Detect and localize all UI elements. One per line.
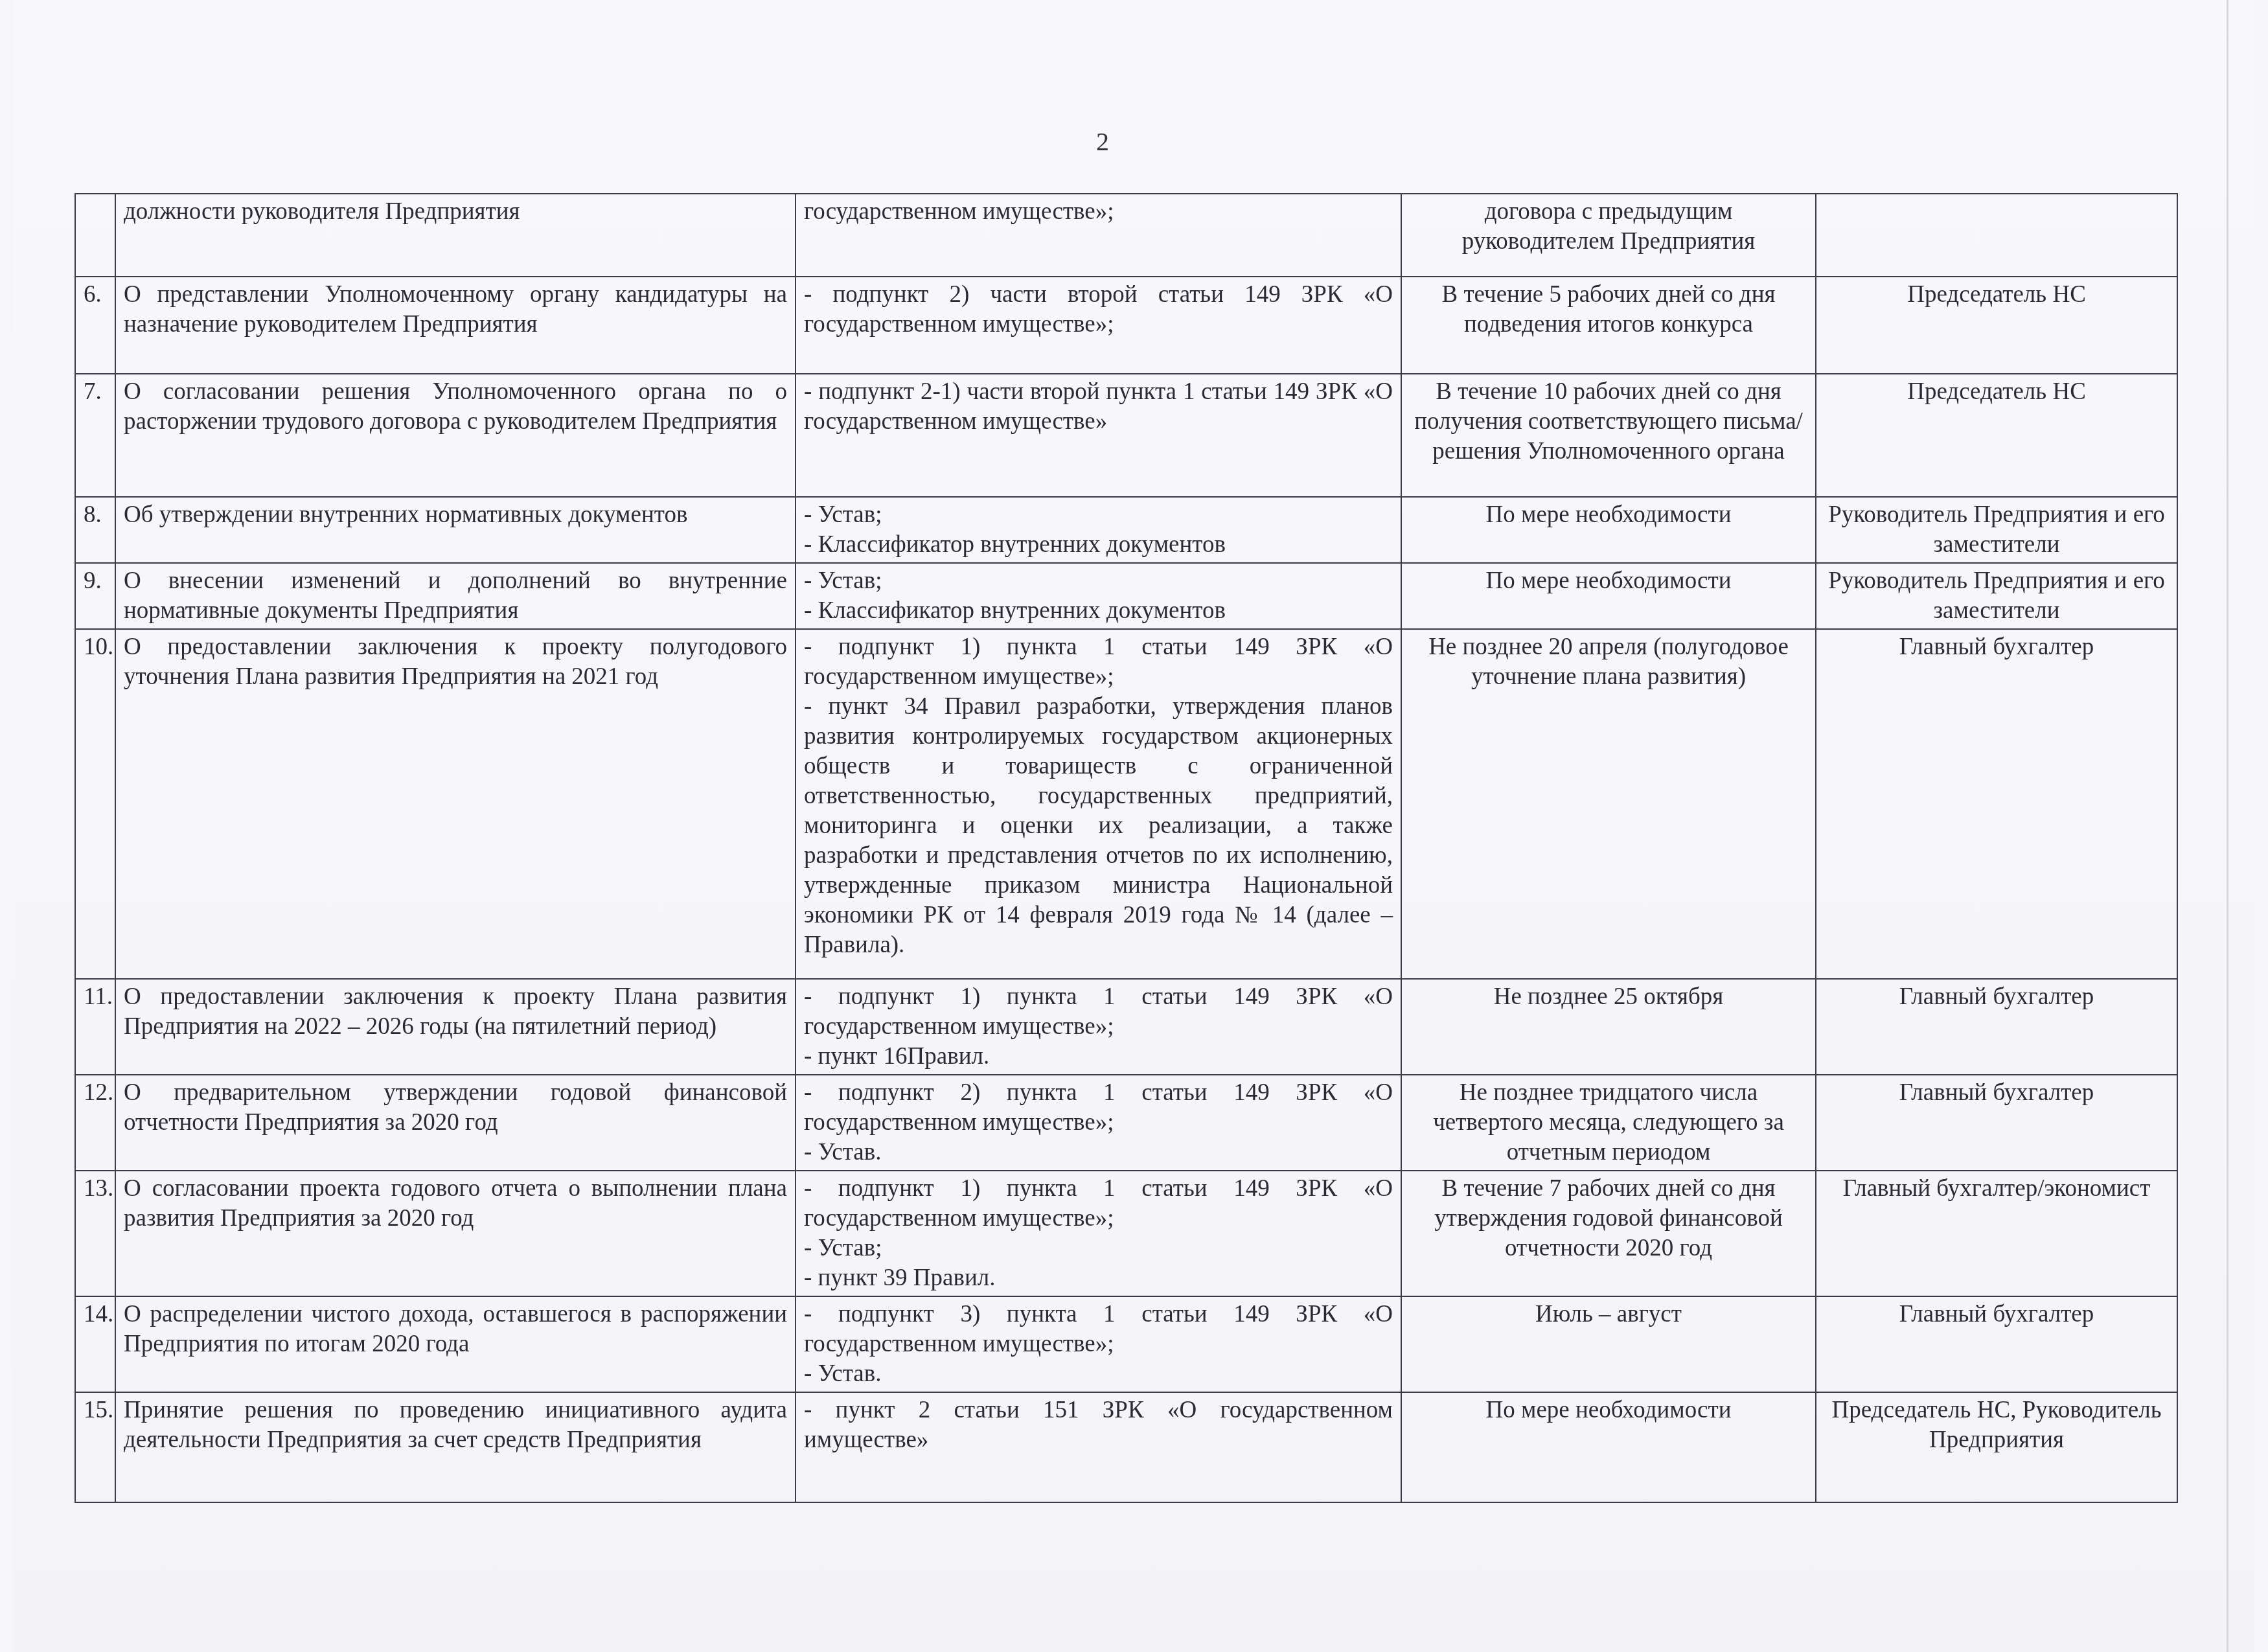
table-row: 12. О предварительном утверждении годово… [75,1075,2177,1171]
legal-basis-item: государственном имуществе»; [804,197,1393,227]
legal-basis-item: - подпункт 1) пункта 1 статьи 149 ЗРК «О… [804,982,1393,1042]
deadline-cell: В течение 7 рабочих дней со дня утвержде… [1401,1171,1816,1296]
row-number: 13. [75,1171,115,1296]
row-number: 8. [75,497,115,563]
legal-basis-item: - Классификатор внутренних документов [804,596,1393,626]
legal-basis-cell: - подпункт 1) пункта 1 статьи 149 ЗРК «О… [796,1171,1401,1296]
row-number: 14. [75,1296,115,1392]
question-cell: О согласовании решения Уполномоченного о… [115,374,796,497]
deadline-cell: По мере необходимости [1401,1392,1816,1502]
legal-basis-item: - Устав; [804,1233,1393,1263]
deadline-cell: договора с предыдущим руководителем Пред… [1401,194,1816,277]
question-cell: О согласовании проекта годового отчета о… [115,1171,796,1296]
question-cell: Об утверждении внутренних нормативных до… [115,497,796,563]
deadline-cell: Не позднее 25 октября [1401,979,1816,1075]
deadline-cell: В течение 5 рабочих дней со дня подведен… [1401,277,1816,374]
legal-basis-item: - Устав. [804,1359,1393,1389]
question-cell: О внесении изменений и дополнений во вну… [115,563,796,629]
legal-basis-cell: - подпункт 2) пункта 1 статьи 149 ЗРК «О… [796,1075,1401,1171]
legal-basis-item: - подпункт 1) пункта 1 статьи 149 ЗРК «О… [804,1174,1393,1233]
legal-basis-item: - пункт 16Правил. [804,1042,1393,1072]
legal-basis-item: - подпункт 2-1) части второй пункта 1 ст… [804,377,1393,437]
legal-basis-cell: - подпункт 2-1) части второй пункта 1 ст… [796,374,1401,497]
legal-basis-cell: государственном имуществе»; [796,194,1401,277]
deadline-cell: В течение 10 рабочих дней со дня получен… [1401,374,1816,497]
table-row: 11. О предоставлении заключения к проект… [75,979,2177,1075]
work-plan-table: должности руководителя Предприятия госуд… [74,193,2178,1503]
legal-basis-cell: - Устав;- Классификатор внутренних докум… [796,497,1401,563]
responsible-cell: Председатель НС, Руководитель Предприяти… [1816,1392,2177,1502]
legal-basis-cell: - Устав;- Классификатор внутренних докум… [796,563,1401,629]
page-edge [2227,0,2228,1652]
legal-basis-item: - подпункт 2) части второй статьи 149 ЗР… [804,280,1393,339]
responsible-cell: Руководитель Предприятия и его заместите… [1816,497,2177,563]
legal-basis-item: - Устав; [804,500,1393,530]
responsible-cell: Главный бухгалтер [1816,629,2177,979]
legal-basis-item: - пункт 39 Правил. [804,1263,1393,1293]
table-row: 10. О предоставлении заключения к проект… [75,629,2177,979]
table-body: должности руководителя Предприятия госуд… [75,194,2177,1502]
question-cell: О распределении чистого дохода, оставшег… [115,1296,796,1392]
legal-basis-cell: - подпункт 2) части второй статьи 149 ЗР… [796,277,1401,374]
responsible-cell: Руководитель Предприятия и его заместите… [1816,563,2177,629]
legal-basis-item: - пункт 34 Правил разработки, утверждени… [804,692,1393,960]
deadline-cell: По мере необходимости [1401,497,1816,563]
legal-basis-item: - подпункт 2) пункта 1 статьи 149 ЗРК «О… [804,1078,1393,1138]
table-row: 7. О согласовании решения Уполномоченног… [75,374,2177,497]
legal-basis-item: - Устав. [804,1138,1393,1167]
row-number: 10. [75,629,115,979]
question-cell: Принятие решения по проведению инициатив… [115,1392,796,1502]
legal-basis-item: - Устав; [804,566,1393,596]
legal-basis-cell: - подпункт 1) пункта 1 статьи 149 ЗРК «О… [796,629,1401,979]
legal-basis-item: - подпункт 1) пункта 1 статьи 149 ЗРК «О… [804,632,1393,692]
table-row: должности руководителя Предприятия госуд… [75,194,2177,277]
table-row: 13. О согласовании проекта годового отче… [75,1171,2177,1296]
responsible-cell [1816,194,2177,277]
table-row: 8. Об утверждении внутренних нормативных… [75,497,2177,563]
row-number: 15. [75,1392,115,1502]
deadline-cell: По мере необходимости [1401,563,1816,629]
legal-basis-cell: - пункт 2 статьи 151 ЗРК «О государствен… [796,1392,1401,1502]
question-cell: должности руководителя Предприятия [115,194,796,277]
legal-basis-cell: - подпункт 3) пункта 1 статьи 149 ЗРК «О… [796,1296,1401,1392]
question-cell: О предоставлении заключения к проекту Пл… [115,979,796,1075]
question-cell: О предварительном утверждении годовой фи… [115,1075,796,1171]
legal-basis-cell: - подпункт 1) пункта 1 статьи 149 ЗРК «О… [796,979,1401,1075]
deadline-cell: Не позднее 20 апреля (полугодовое уточне… [1401,629,1816,979]
row-number: 11. [75,979,115,1075]
responsible-cell: Главный бухгалтер/экономист [1816,1171,2177,1296]
document-page: 2 должности руководителя Предприятия гос… [13,0,2254,1652]
row-number: 6. [75,277,115,374]
legal-basis-item: - подпункт 3) пункта 1 статьи 149 ЗРК «О… [804,1300,1393,1359]
deadline-cell: Июль – август [1401,1296,1816,1392]
row-number: 7. [75,374,115,497]
responsible-cell: Главный бухгалтер [1816,979,2177,1075]
legal-basis-item: - Классификатор внутренних документов [804,530,1393,560]
table-row: 6. О представлении Уполномоченному орган… [75,277,2177,374]
question-cell: О представлении Уполномоченному органу к… [115,277,796,374]
row-number [75,194,115,277]
legal-basis-item: - пункт 2 статьи 151 ЗРК «О государствен… [804,1395,1393,1455]
table-row: 9. О внесении изменений и дополнений во … [75,563,2177,629]
table-row: 14. О распределении чистого дохода, оста… [75,1296,2177,1392]
table-row: 15. Принятие решения по проведению иници… [75,1392,2177,1502]
row-number: 12. [75,1075,115,1171]
responsible-cell: Председатель НС [1816,374,2177,497]
question-cell: О предоставлении заключения к проекту по… [115,629,796,979]
deadline-cell: Не позднее тридцатого числа четвертого м… [1401,1075,1816,1171]
responsible-cell: Главный бухгалтер [1816,1075,2177,1171]
page-number: 2 [1096,126,1109,157]
responsible-cell: Председатель НС [1816,277,2177,374]
responsible-cell: Главный бухгалтер [1816,1296,2177,1392]
row-number: 9. [75,563,115,629]
